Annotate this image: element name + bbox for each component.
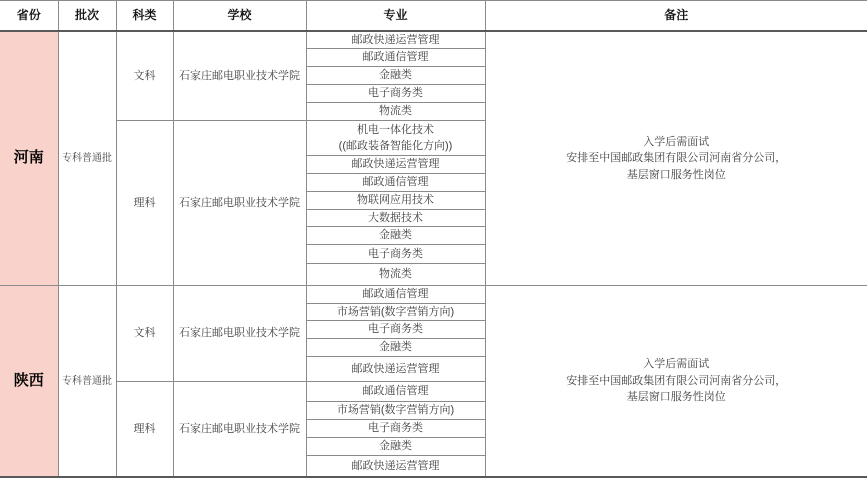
major-cell: 金融类 (306, 339, 485, 357)
table-row: 陕西 专科普通批 文科 石家庄邮电职业技术学院 邮政通信管理 入学后需面试 安排… (0, 286, 867, 304)
col-header-remark: 备注 (485, 1, 867, 31)
major-cell: 市场营销(数字营销方向) (306, 402, 485, 420)
province-cell: 河南 (0, 31, 58, 286)
remark-cell: 入学后需面试 安排至中国邮政集团有限公司河南省分公司， 基层窗口服务性岗位 (485, 31, 867, 286)
major-cell: 大数据技术 (306, 209, 485, 227)
major-cell: 金融类 (306, 227, 485, 245)
major-cell: 邮政通信管理 (306, 174, 485, 192)
plan-table: 省份 批次 科类 学校 专业 备注 河南 专科普通批 文科 石家庄邮电职业技术学… (0, 0, 867, 478)
major-cell: 市场营销(数字营销方向) (306, 303, 485, 321)
province-cell: 陕西 (0, 286, 58, 478)
major-cell: 电子商务类 (306, 420, 485, 438)
major-cell: 金融类 (306, 67, 485, 85)
category-cell: 文科 (116, 286, 173, 382)
major-cell: 物联网应用技术 (306, 191, 485, 209)
school-cell: 石家庄邮电职业技术学院 (173, 382, 306, 478)
major-cell: 邮政快递运营管理 (306, 357, 485, 382)
category-cell: 文科 (116, 31, 173, 121)
major-cell: 邮政快递运营管理 (306, 455, 485, 477)
major-cell: 邮政通信管理 (306, 49, 485, 67)
major-cell: 邮政通信管理 (306, 382, 485, 402)
admission-plan-table: 省份 批次 科类 学校 专业 备注 河南 专科普通批 文科 石家庄邮电职业技术学… (0, 0, 867, 478)
col-header-batch: 批次 (58, 1, 116, 31)
batch-cell: 专科普通批 (58, 286, 116, 478)
major-cell: 机电一体化技术 ((邮政装备智能化方向)) (306, 121, 485, 156)
school-cell: 石家庄邮电职业技术学院 (173, 31, 306, 121)
major-cell: 邮政快递运营管理 (306, 31, 485, 49)
col-header-province: 省份 (0, 1, 58, 31)
major-cell: 金融类 (306, 437, 485, 455)
major-cell: 物流类 (306, 103, 485, 121)
category-cell: 理科 (116, 382, 173, 478)
category-cell: 理科 (116, 121, 173, 286)
major-cell: 物流类 (306, 264, 485, 286)
school-cell: 石家庄邮电职业技术学院 (173, 121, 306, 286)
col-header-school: 学校 (173, 1, 306, 31)
major-cell: 电子商务类 (306, 245, 485, 264)
remark-cell: 入学后需面试 安排至中国邮政集团有限公司河南省分公司， 基层窗口服务性岗位 (485, 286, 867, 478)
col-header-major: 专业 (306, 1, 485, 31)
major-cell: 电子商务类 (306, 321, 485, 339)
major-cell: 邮政快递运营管理 (306, 156, 485, 174)
table-row: 河南 专科普通批 文科 石家庄邮电职业技术学院 邮政快递运营管理 入学后需面试 … (0, 31, 867, 49)
major-cell: 电子商务类 (306, 85, 485, 103)
col-header-category: 科类 (116, 1, 173, 31)
header-row: 省份 批次 科类 学校 专业 备注 (0, 1, 867, 31)
school-cell: 石家庄邮电职业技术学院 (173, 286, 306, 382)
major-cell: 邮政通信管理 (306, 286, 485, 304)
batch-cell: 专科普通批 (58, 31, 116, 286)
